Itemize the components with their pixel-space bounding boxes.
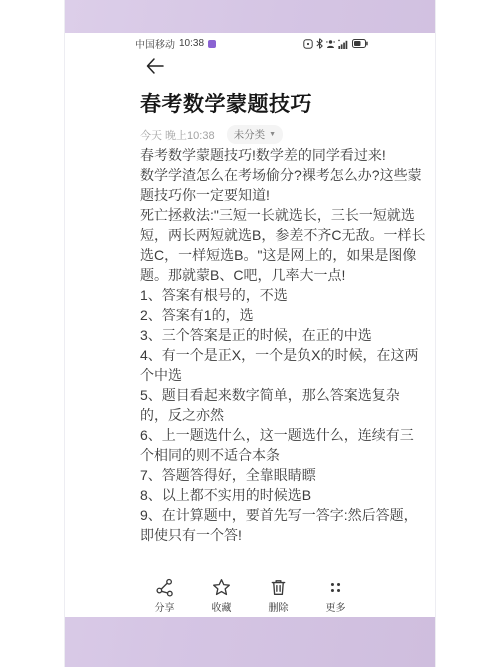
favorite-button[interactable]: 收藏 (203, 578, 241, 614)
note-line: 个中选 (140, 365, 405, 385)
carrier-label: 中国移动 (135, 36, 175, 51)
note-app-screenshot: 中国移动 10:38 (65, 33, 435, 617)
note-line: 题技巧你一定要知道! (140, 185, 405, 205)
share-button[interactable]: 分享 (146, 578, 184, 614)
note-line: 6、上一题选什么，这一题选什么，连续有三 (140, 425, 405, 445)
category-dropdown[interactable]: 未分类 ▼ (227, 125, 283, 144)
note-meta: 今天 晚上10:38 未分类 ▼ (140, 125, 283, 144)
note-body[interactable]: 春考数学蒙题技巧!数学差的同学看过来! 数学学渣怎么在考场偷分?裸考怎么办?这些… (140, 145, 405, 545)
favorite-label: 收藏 (212, 599, 232, 614)
delete-label: 删除 (269, 599, 289, 614)
note-title: 春考数学蒙题技巧 (140, 88, 312, 118)
battery-icon (352, 39, 368, 48)
note-line: 8、以上都不实用的时候选B (140, 485, 405, 505)
clock-time: 10:38 (179, 38, 204, 49)
note-line: 2、答案有1的，选 (140, 305, 405, 325)
hotspot-icon (326, 39, 335, 49)
more-icon (326, 578, 345, 597)
note-line: 即使只有一个答! (140, 525, 405, 545)
note-line: 1、答案有根号的，不选 (140, 285, 405, 305)
trash-icon (269, 578, 288, 597)
signal-icon (338, 39, 349, 49)
bluetooth-icon (316, 38, 323, 49)
note-line: 7、答题答得好，全靠眼睛瞟 (140, 465, 405, 485)
more-label: 更多 (326, 599, 346, 614)
clock-icon (303, 39, 313, 49)
note-line: 春考数学蒙题技巧!数学差的同学看过来! (140, 145, 405, 165)
note-line: 的，反之亦然 (140, 405, 405, 425)
delete-button[interactable]: 删除 (260, 578, 298, 614)
share-icon (155, 578, 174, 597)
status-bar: 中国移动 10:38 (135, 36, 368, 51)
note-line: 题。那就蒙B、C吧，几率大一点! (140, 265, 405, 285)
note-line: 死亡拯救法:"三短一长就选长，三长一短就选 (140, 205, 405, 225)
category-label: 未分类 (234, 127, 266, 142)
note-line: 3、三个答案是正的时候，在正的中选 (140, 325, 405, 345)
note-line: 5、题目看起来数字简单，那么答案选复杂 (140, 385, 405, 405)
status-left: 中国移动 10:38 (135, 36, 216, 51)
note-line: 个相同的则不适合本条 (140, 445, 405, 465)
note-line: 选C，一样短选B。"这是网上的，如果是图像 (140, 245, 405, 265)
star-icon (212, 578, 231, 597)
back-arrow-icon[interactable] (145, 57, 165, 75)
chevron-down-icon: ▼ (269, 131, 276, 138)
bottom-toolbar: 分享 收藏 删除 (65, 578, 435, 614)
note-timestamp: 今天 晚上10:38 (140, 127, 215, 143)
status-right (303, 38, 368, 49)
notification-badge-icon (208, 40, 216, 48)
share-label: 分享 (155, 599, 175, 614)
note-line: 4、有一个是正X，一个是负X的时候，在这两 (140, 345, 405, 365)
more-button[interactable]: 更多 (317, 578, 355, 614)
note-line: 9、在计算题中，要首先写一答字:然后答题， (140, 505, 405, 525)
note-line: 数学学渣怎么在考场偷分?裸考怎么办?这些蒙 (140, 165, 405, 185)
post-background: 中国移动 10:38 (65, 0, 435, 667)
note-line: 短，两长两短就选B，参差不齐C无敌。一样长 (140, 225, 405, 245)
